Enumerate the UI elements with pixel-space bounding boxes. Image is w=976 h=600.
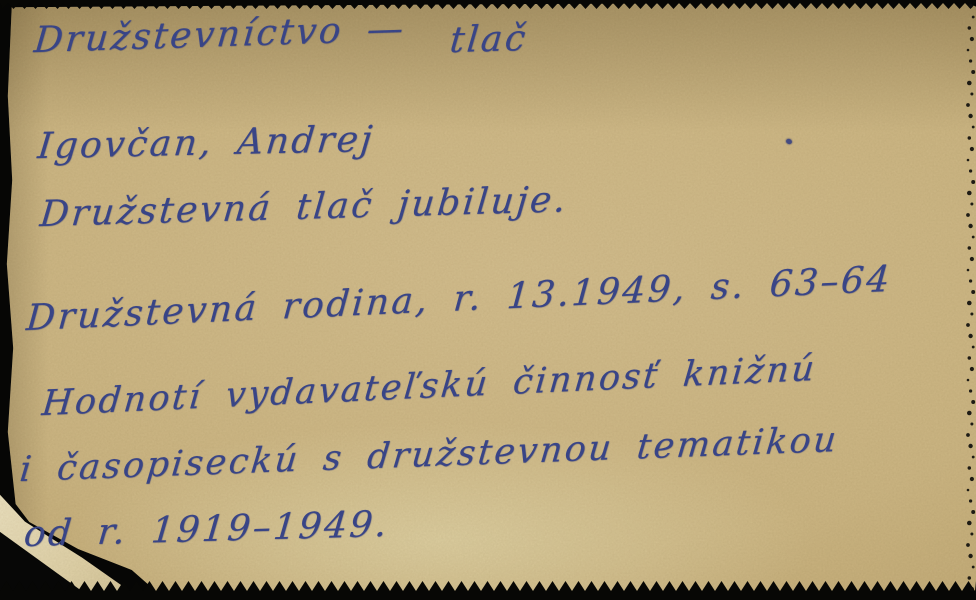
scanned-catalog-card: Družstevníctvo — tlač Igovčan, Andrej Dr… — [0, 0, 976, 600]
subject-category: tlač — [448, 18, 530, 61]
author-line: Igovčan, Andrej — [36, 119, 376, 167]
